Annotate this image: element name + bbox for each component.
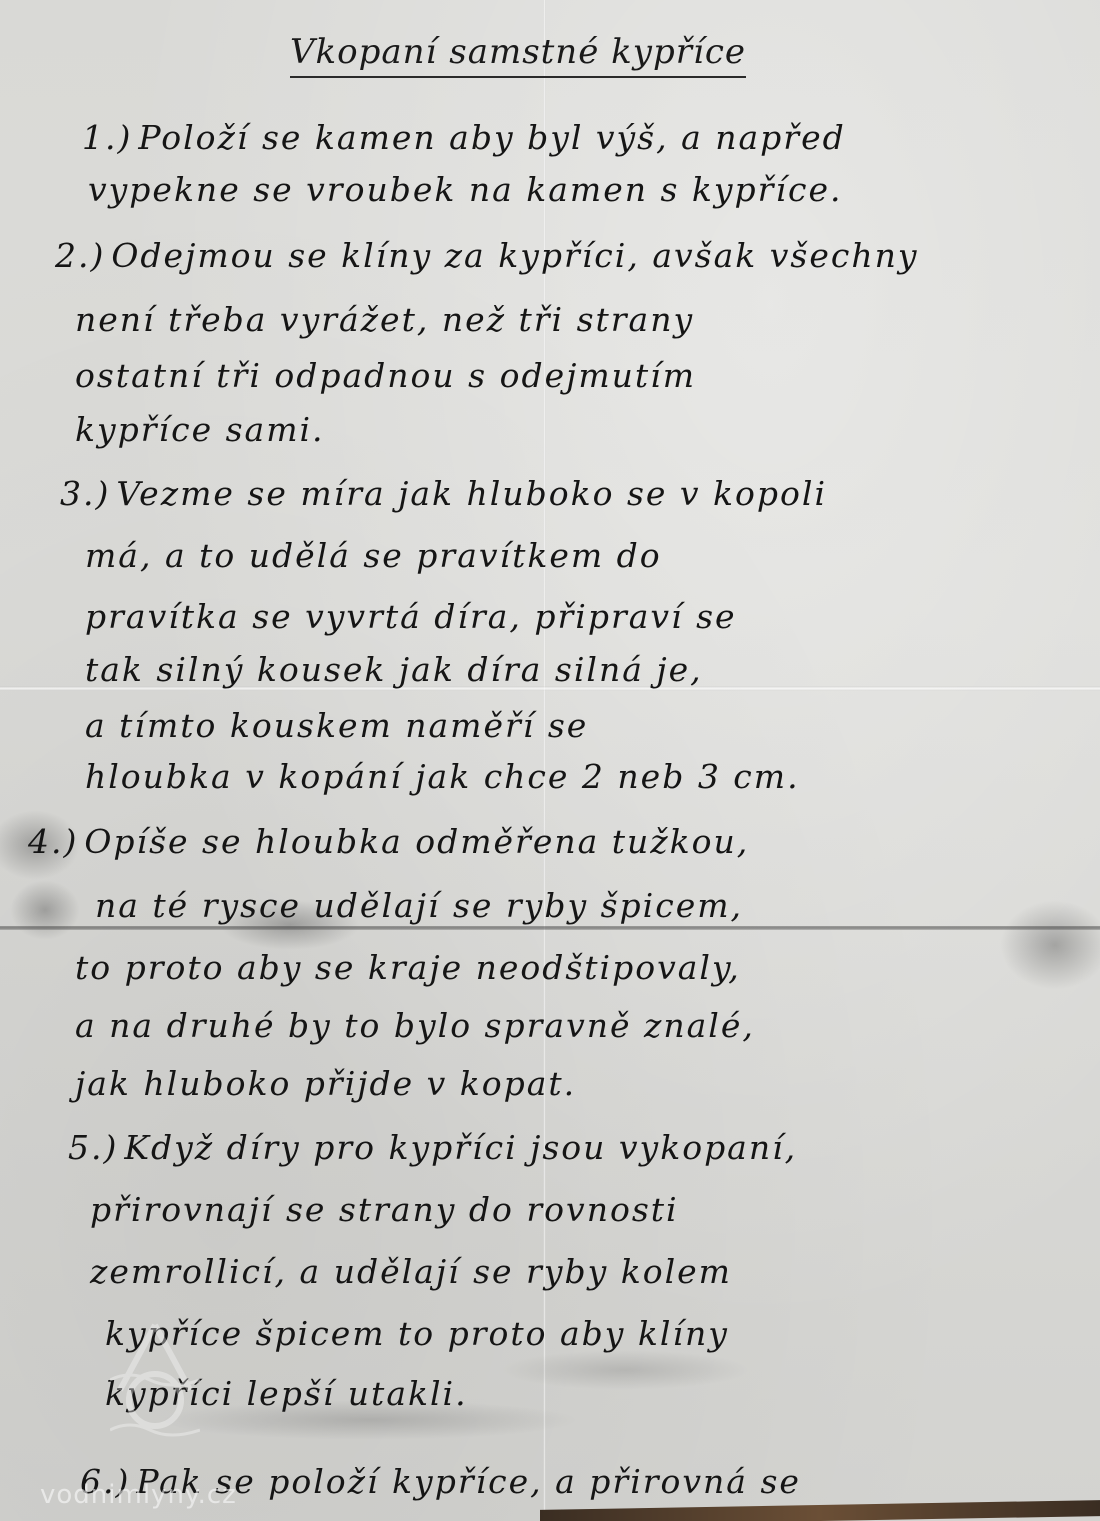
step-number: 2.) [55, 236, 105, 275]
line-text: jak hluboko přijde v kopat. [75, 1064, 576, 1103]
line-text: Odejmou se klíny za kypříci, avšak všech… [111, 236, 918, 275]
handwritten-line: přirovnají se strany do rovnosti [90, 1190, 679, 1229]
ink-smudge [10, 880, 80, 940]
handwritten-line: tak silný kousek jak díra silná je, [85, 650, 703, 689]
handwritten-line: a na druhé by to bylo spravně znalé, [75, 1006, 755, 1045]
handwritten-line: a tímto kouskem naměří se [85, 706, 588, 745]
watermark-text: vodnimlyny.cz [40, 1480, 237, 1510]
handwritten-line: na té rysce udělají se ryby špicem, [95, 886, 743, 925]
line-text: kypříce sami. [75, 410, 325, 449]
handwritten-line: ostatní tři odpadnou s odejmutím [75, 356, 696, 395]
handwritten-line: 3.)Vezme se míra jak hluboko se v kopoli [60, 474, 827, 513]
step-number: 3.) [60, 474, 110, 513]
line-text: Když díry pro kypříci jsou vykopaní, [124, 1128, 797, 1167]
line-text: ostatní tři odpadnou s odejmutím [75, 356, 696, 395]
line-text: pravítka se vyvrtá díra, připraví se [85, 597, 737, 636]
line-text: má, a to udělá se pravítkem do [85, 536, 662, 575]
line-text: není třeba vyrážet, než tři strany [75, 300, 694, 339]
step-number: 1.) [82, 118, 132, 157]
line-text: Opíše se hloubka odměřena tužkou, [84, 822, 749, 861]
handwritten-line: kypříce sami. [75, 410, 325, 449]
handwritten-line: není třeba vyrážet, než tři strany [75, 300, 694, 339]
line-text: Položí se kamen aby byl výš, a napřed [138, 118, 845, 157]
table-surface-edge [540, 1500, 1100, 1521]
handwritten-line: to proto aby se kraje neodštipovaly, [75, 948, 741, 987]
handwritten-line: 5.)Když díry pro kypříci jsou vykopaní, [68, 1128, 797, 1167]
line-text: a na druhé by to bylo spravně znalé, [75, 1006, 755, 1045]
line-text: zemrollicí, a udělají se ryby kolem [90, 1252, 732, 1291]
handwritten-line: zemrollicí, a udělají se ryby kolem [90, 1252, 732, 1291]
ink-smudge [1000, 900, 1100, 990]
line-text: na té rysce udělají se ryby špicem, [95, 886, 743, 925]
handwritten-line: 4.)Opíše se hloubka odměřena tužkou, [28, 822, 749, 861]
handwritten-line: 1.)Položí se kamen aby byl výš, a napřed [82, 118, 846, 157]
line-text: a tímto kouskem naměří se [85, 706, 588, 745]
line-text: vypekne se vroubek na kamen s kypříce. [88, 170, 843, 209]
line-text: přirovnají se strany do rovnosti [90, 1190, 679, 1229]
step-number: 5.) [68, 1128, 118, 1167]
handwritten-line: jak hluboko přijde v kopat. [75, 1064, 576, 1103]
handwritten-line: vypekne se vroubek na kamen s kypříce. [88, 170, 843, 209]
horizontal-fold-crease-dark [0, 926, 1100, 930]
line-text: to proto aby se kraje neodštipovaly, [75, 948, 741, 987]
handwritten-line: pravítka se vyvrtá díra, připraví se [85, 597, 737, 636]
handwritten-line: má, a to udělá se pravítkem do [85, 536, 662, 575]
handwritten-line: 2.)Odejmou se klíny za kypříci, avšak vš… [55, 236, 918, 275]
handwritten-line: hloubka v kopání jak chce 2 neb 3 cm. [85, 757, 800, 796]
handwritten-document-page: Vkopaní samstné kypříce 1.)Položí se kam… [0, 0, 1100, 1521]
line-text: Vezme se míra jak hluboko se v kopoli [116, 474, 827, 513]
line-text: hloubka v kopání jak chce 2 neb 3 cm. [85, 757, 800, 796]
ink-smudge [500, 1350, 750, 1390]
line-text: tak silný kousek jak díra silná je, [85, 650, 703, 689]
step-number: 4.) [28, 822, 78, 861]
watermark-logo-icon [110, 1320, 200, 1450]
document-title: Vkopaní samstné kypříce [290, 32, 746, 78]
